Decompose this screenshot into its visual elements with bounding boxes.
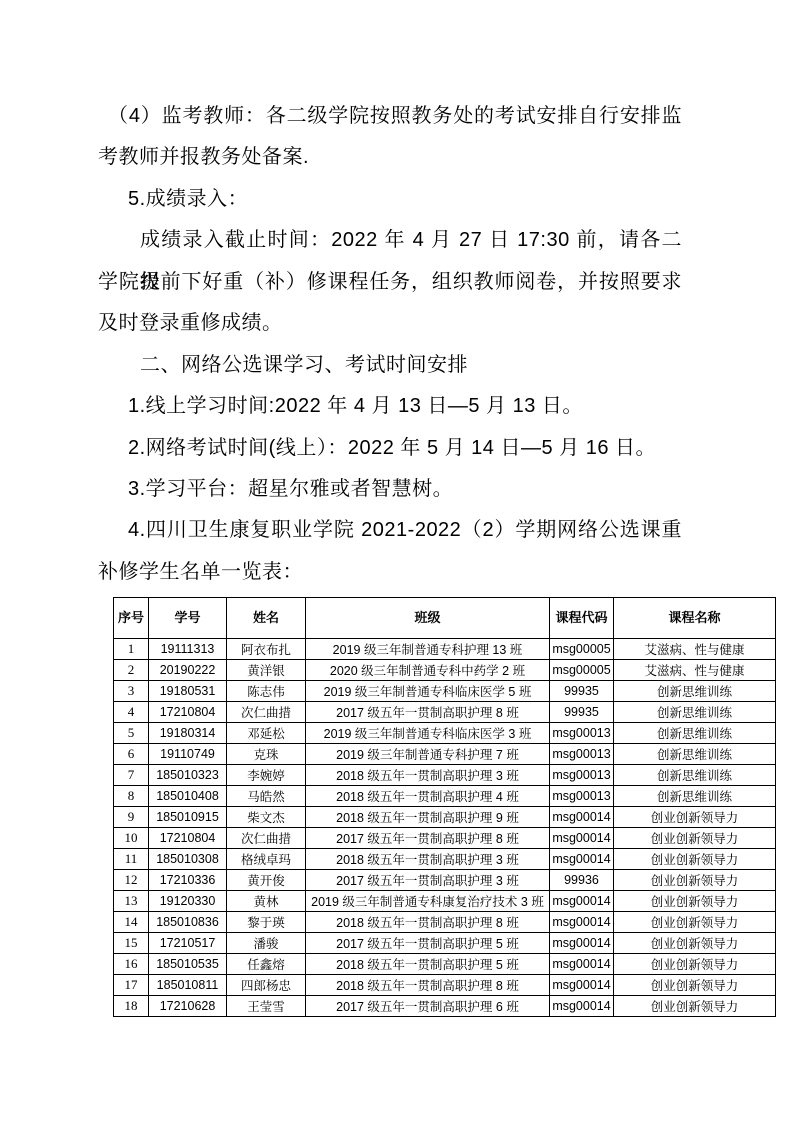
table-cell: 邓延松: [227, 723, 306, 744]
table-cell: 17210804: [149, 702, 227, 723]
table-cell: 5: [114, 723, 149, 744]
table-cell: 2020 级三年制普通专科中药学 2 班: [306, 660, 550, 681]
table-cell: 19120330: [149, 891, 227, 912]
table-cell: 185010811: [149, 975, 227, 996]
table-row: 16185010535任鑫熔2018 级五年一贯制高职护理 5 班msg0001…: [114, 954, 776, 975]
paragraph-line: 及时登录重修成绩。: [98, 303, 682, 344]
table-row: 619110749克珠2019 级三年制普通专科护理 7 班msg00013创新…: [114, 744, 776, 765]
table-cell: 8: [114, 786, 149, 807]
table-row: 7185010323李婉婷2018 级五年一贯制高职护理 3 班msg00013…: [114, 765, 776, 786]
table-cell: 2017 级五年一贯制高职护理 5 班: [306, 933, 550, 954]
table-cell: 185010915: [149, 807, 227, 828]
table-row: 9185010915柴文杰2018 级五年一贯制高职护理 9 班msg00014…: [114, 807, 776, 828]
table-cell: 17210517: [149, 933, 227, 954]
table-cell: msg00014: [550, 912, 614, 933]
table-cell: 阿衣布扎: [227, 639, 306, 660]
table-cell: 185010535: [149, 954, 227, 975]
table-cell: 10: [114, 828, 149, 849]
table-cell: msg00013: [550, 723, 614, 744]
table-header-cell: 学号: [149, 598, 227, 639]
paragraph-line: 2.网络考试时间(线上）：2022 年 5 月 14 日—5 月 16 日。: [98, 428, 682, 469]
table-cell: 6: [114, 744, 149, 765]
table-cell: 7: [114, 765, 149, 786]
table-header-cell: 课程名称: [614, 598, 776, 639]
table-cell: 2017 级五年一贯制高职护理 6 班: [306, 996, 550, 1017]
paragraph-line: 4.四川卫生康复职业学院 2021-2022（2）学期网络公选课重: [98, 510, 682, 551]
table-cell: 艾滋病、性与健康: [614, 660, 776, 681]
table-cell: 创业创新领导力: [614, 975, 776, 996]
table-cell: msg00014: [550, 996, 614, 1017]
table-cell: 创新思维训练: [614, 723, 776, 744]
document-lines: （4）监考教师：各二级学院按照教务处的考试安排自行安排监考教师并报教务处备案.5…: [98, 96, 682, 593]
table-cell: 19111313: [149, 639, 227, 660]
table-cell: 2017 级五年一贯制高职护理 8 班: [306, 702, 550, 723]
table-cell: 99936: [550, 870, 614, 891]
table-cell: 创业创新领导力: [614, 912, 776, 933]
table-cell: 3: [114, 681, 149, 702]
table-cell: msg00014: [550, 807, 614, 828]
table-cell: 创业创新领导力: [614, 954, 776, 975]
table-cell: 创新思维训练: [614, 744, 776, 765]
table-cell: 李婉婷: [227, 765, 306, 786]
table-row: 1517210517潘骏2017 级五年一贯制高职护理 5 班msg00014创…: [114, 933, 776, 954]
table-cell: 15: [114, 933, 149, 954]
table-header-cell: 课程代码: [550, 598, 614, 639]
table-row: 319180531陈志伟2019 级三年制普通专科临床医学 5 班99935创新…: [114, 681, 776, 702]
table-cell: msg00014: [550, 891, 614, 912]
table-cell: 创业创新领导力: [614, 828, 776, 849]
table-cell: 创新思维训练: [614, 786, 776, 807]
table-cell: 14: [114, 912, 149, 933]
table-row: 417210804次仁曲措2017 级五年一贯制高职护理 8 班99935创新思…: [114, 702, 776, 723]
table-cell: 王莹雪: [227, 996, 306, 1017]
table-cell: 创业创新领导力: [614, 891, 776, 912]
table-cell: 2018 级五年一贯制高职护理 5 班: [306, 954, 550, 975]
table-cell: 185010308: [149, 849, 227, 870]
table-cell: 2019 级三年制普通专科康复治疗技术 3 班: [306, 891, 550, 912]
table-cell: 克珠: [227, 744, 306, 765]
paragraph-line: 3.学习平台：超星尔雅或者智慧树。: [98, 469, 682, 510]
table-cell: 2018 级五年一贯制高职护理 9 班: [306, 807, 550, 828]
table-cell: msg00005: [550, 639, 614, 660]
table-cell: 创业创新领导力: [614, 807, 776, 828]
table-row: 519180314邓延松2019 级三年制普通专科临床医学 3 班msg0001…: [114, 723, 776, 744]
table-cell: 17210804: [149, 828, 227, 849]
document-page: （4）监考教师：各二级学院按照教务处的考试安排自行安排监考教师并报教务处备案.5…: [0, 0, 793, 1122]
table-cell: 99935: [550, 681, 614, 702]
table-cell: 马皓然: [227, 786, 306, 807]
table-cell: 任鑫熔: [227, 954, 306, 975]
paragraph-line: 学院提前下好重（补）修课程任务，组织教师阅卷，并按照要求: [98, 262, 682, 303]
table-row: 1017210804次仁曲措2017 级五年一贯制高职护理 8 班msg0001…: [114, 828, 776, 849]
table-cell: 185010408: [149, 786, 227, 807]
table-cell: 2019 级三年制普通专科护理 7 班: [306, 744, 550, 765]
table-cell: msg00013: [550, 744, 614, 765]
table-cell: 19180314: [149, 723, 227, 744]
table-row: 8185010408马皓然2018 级五年一贯制高职护理 4 班msg00013…: [114, 786, 776, 807]
table-cell: msg00005: [550, 660, 614, 681]
table-cell: 创新思维训练: [614, 681, 776, 702]
table-cell: msg00014: [550, 849, 614, 870]
table-cell: msg00013: [550, 765, 614, 786]
table-row: 1217210336黄开俊2017 级五年一贯制高职护理 3 班99936创业创…: [114, 870, 776, 891]
table-cell: 99935: [550, 702, 614, 723]
table-cell: 2018 级五年一贯制高职护理 3 班: [306, 765, 550, 786]
table-cell: 2018 级五年一贯制高职护理 8 班: [306, 912, 550, 933]
table-cell: msg00014: [550, 954, 614, 975]
table-row: 1817210628王莹雪2017 级五年一贯制高职护理 6 班msg00014…: [114, 996, 776, 1017]
student-list-table: 序号学号姓名班级课程代码课程名称 119111313阿衣布扎2019 级三年制普…: [113, 597, 776, 1017]
table-row: 14185010836黎于瑛2018 级五年一贯制高职护理 8 班msg0001…: [114, 912, 776, 933]
table-cell: 17210628: [149, 996, 227, 1017]
table-cell: 创业创新领导力: [614, 996, 776, 1017]
table-cell: 2018 级五年一贯制高职护理 4 班: [306, 786, 550, 807]
table-cell: 黄洋银: [227, 660, 306, 681]
table-cell: 艾滋病、性与健康: [614, 639, 776, 660]
table-cell: 创业创新领导力: [614, 849, 776, 870]
paragraph-line: 成绩录入截止时间：2022 年 4 月 27 日 17:30 前，请各二级: [98, 220, 682, 261]
table-cell: 19110749: [149, 744, 227, 765]
table-cell: 2018 级五年一贯制高职护理 8 班: [306, 975, 550, 996]
table-cell: 185010323: [149, 765, 227, 786]
table-cell: 2019 级三年制普通专科临床医学 3 班: [306, 723, 550, 744]
table-cell: 4: [114, 702, 149, 723]
table-cell: 2: [114, 660, 149, 681]
table-cell: 13: [114, 891, 149, 912]
table-cell: 17: [114, 975, 149, 996]
table-cell: 2017 级五年一贯制高职护理 8 班: [306, 828, 550, 849]
table-cell: 2019 级三年制普通专科护理 13 班: [306, 639, 550, 660]
table-cell: 潘骏: [227, 933, 306, 954]
table-cell: 2018 级五年一贯制高职护理 3 班: [306, 849, 550, 870]
table-cell: 四郎杨忠: [227, 975, 306, 996]
table-row: 220190222黄洋银2020 级三年制普通专科中药学 2 班msg00005…: [114, 660, 776, 681]
table-cell: 柴文杰: [227, 807, 306, 828]
table-cell: 格绒卓玛: [227, 849, 306, 870]
table-row: 119111313阿衣布扎2019 级三年制普通专科护理 13 班msg0000…: [114, 639, 776, 660]
table-cell: 17210336: [149, 870, 227, 891]
table-header-cell: 姓名: [227, 598, 306, 639]
table-cell: 185010836: [149, 912, 227, 933]
table-cell: 11: [114, 849, 149, 870]
table-cell: 2019 级三年制普通专科临床医学 5 班: [306, 681, 550, 702]
paragraph-line: （4）监考教师：各二级学院按照教务处的考试安排自行安排监: [98, 96, 682, 137]
table-cell: 1: [114, 639, 149, 660]
table-cell: 次仁曲措: [227, 702, 306, 723]
table-cell: 黎于瑛: [227, 912, 306, 933]
table-cell: 黄林: [227, 891, 306, 912]
table-header-cell: 班级: [306, 598, 550, 639]
table-cell: 12: [114, 870, 149, 891]
table-cell: msg00013: [550, 786, 614, 807]
table-cell: 黄开俊: [227, 870, 306, 891]
table-cell: 创业创新领导力: [614, 933, 776, 954]
table-cell: msg00014: [550, 828, 614, 849]
table-cell: msg00014: [550, 933, 614, 954]
table-cell: 18: [114, 996, 149, 1017]
table-cell: 次仁曲措: [227, 828, 306, 849]
paragraph-line: 补修学生名单一览表：: [98, 552, 682, 593]
table-header-cell: 序号: [114, 598, 149, 639]
table-cell: msg00014: [550, 975, 614, 996]
table-cell: 9: [114, 807, 149, 828]
table-row: 11185010308格绒卓玛2018 级五年一贯制高职护理 3 班msg000…: [114, 849, 776, 870]
table-cell: 创新思维训练: [614, 702, 776, 723]
table-cell: 16: [114, 954, 149, 975]
paragraph-line: 5.成绩录入：: [98, 179, 682, 220]
paragraph-line: 二、网络公选课学习、考试时间安排: [98, 345, 682, 386]
table-cell: 创业创新领导力: [614, 870, 776, 891]
paragraph-line: 1.线上学习时间:2022 年 4 月 13 日—5 月 13 日。: [98, 386, 682, 427]
table-row: 1319120330黄林2019 级三年制普通专科康复治疗技术 3 班msg00…: [114, 891, 776, 912]
table-header-row: 序号学号姓名班级课程代码课程名称: [114, 598, 776, 639]
table-cell: 2017 级五年一贯制高职护理 3 班: [306, 870, 550, 891]
table-cell: 19180531: [149, 681, 227, 702]
table-cell: 陈志伟: [227, 681, 306, 702]
table-header: 序号学号姓名班级课程代码课程名称: [114, 598, 776, 639]
table-row: 17185010811四郎杨忠2018 级五年一贯制高职护理 8 班msg000…: [114, 975, 776, 996]
paragraph-line: 考教师并报教务处备案.: [98, 137, 682, 178]
table-body: 119111313阿衣布扎2019 级三年制普通专科护理 13 班msg0000…: [114, 639, 776, 1017]
table-cell: 20190222: [149, 660, 227, 681]
table-cell: 创新思维训练: [614, 765, 776, 786]
